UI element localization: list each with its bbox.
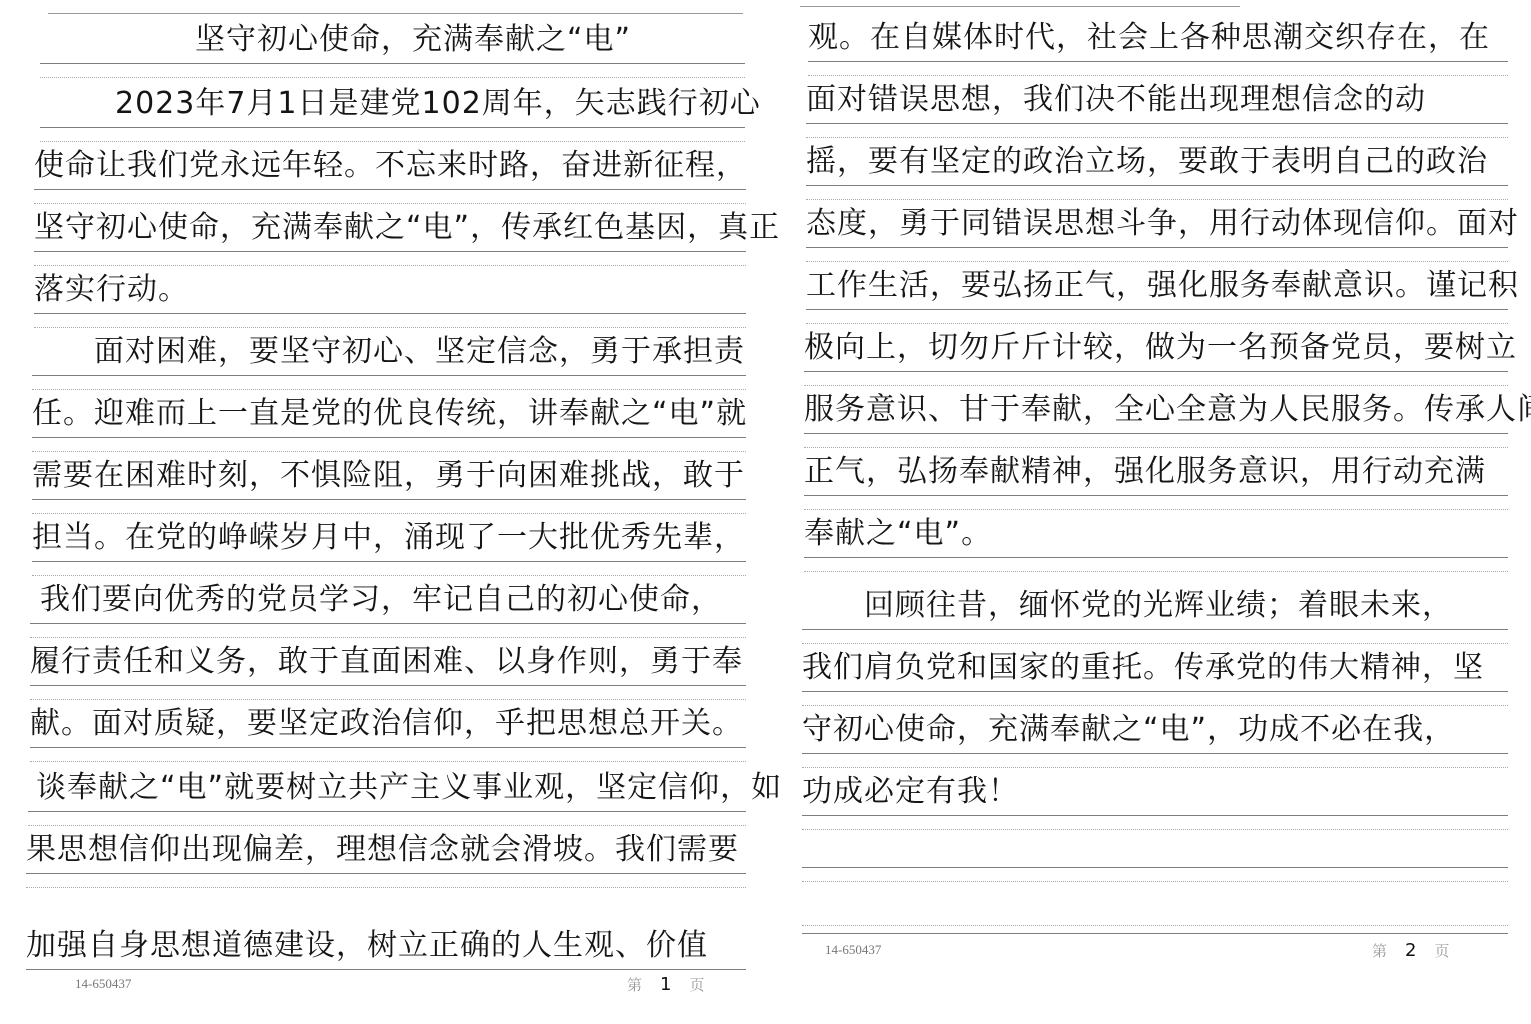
line-14: 加强自身思想道德建设，树立正确的人生观、价值 (26, 908, 746, 970)
line-text: 正气，弘扬奉献精神，强化服务意识，用行动充满 (804, 454, 1486, 490)
page-label-prefix: 第 (1372, 944, 1387, 960)
line-1: 观。在自媒体时代，社会上各种思潮交织存在，在 (808, 0, 1508, 62)
line-3: 摇，要有坚定的政治立场，要敢于表明自己的政治 (806, 124, 1508, 186)
line-3: 坚守初心使命，充满奉献之“电”，传承红色基因，真正 (34, 190, 746, 252)
line-7: 服务意识、甘于奉献，全心全意为人民服务。传承人间 (804, 372, 1508, 434)
baseline (40, 63, 745, 65)
line-text: 我们肩负党和国家的重托。传承党的伟大精神，坚 (802, 650, 1484, 686)
line-6: 极向上，切勿斤斤计较，做为一名预备党员，要树立 (804, 310, 1508, 372)
line-4: 态度，勇于同错误思想斗争，用行动体现信仰。面对 (806, 186, 1508, 248)
baseline (804, 557, 1508, 559)
line-1: 2023年7月1日是建党102周年，矢志践行初心 (40, 66, 745, 128)
line-text: 加强自身思想道德建设，树立正确的人生观、价值 (26, 928, 708, 964)
line-text: 2023年7月1日是建党102周年，矢志践行初心 (115, 86, 761, 122)
line-text: 奉献之“电”。 (804, 516, 992, 552)
page-label-prefix: 第 (627, 978, 642, 994)
line-text: 守初心使命，充满奉献之“电”，功成不必在我， (802, 712, 1455, 748)
line-10: 回顾往昔，缅怀党的光辉业绩；着眼未来， (802, 568, 1508, 630)
line-text: 回顾往昔，缅怀党的光辉业绩；着眼未来， (864, 588, 1453, 624)
dotted-guide (26, 887, 746, 888)
line-5: 面对困难，要坚守初心、坚定信念，勇于承担责 (32, 314, 746, 376)
line-text: 面对错误思想，我们决不能出现理想信念的动 (806, 82, 1426, 118)
page-label-suffix: 页 (689, 978, 704, 994)
line-7: 需要在困难时刻，不惧险阻，勇于向困难挑战，敢于 (32, 438, 746, 500)
page-label-suffix: 页 (1434, 944, 1449, 960)
line-text: 坚守初心使命，充满奉献之“电”，传承红色基因，真正 (34, 210, 780, 246)
line-14-empty (802, 806, 1508, 868)
line-text: 需要在困难时刻，不惧险阻，勇于向困难挑战，敢于 (32, 458, 745, 494)
line-text: 观。在自媒体时代，社会上各种思潮交织存在，在 (808, 20, 1490, 56)
line-text: 功成必定有我！ (802, 774, 1019, 810)
line-5: 工作生活，要弘扬正气，强化服务奉献意识。谨记积 (806, 248, 1508, 310)
line-11: 我们肩负党和国家的重托。传承党的伟大精神，坚 (802, 630, 1508, 692)
line-10: 履行责任和义务，敢于直面困难、以身作则，勇于奉 (30, 624, 746, 686)
line-15-empty (802, 872, 1508, 934)
line-11: 献。面对质疑，要坚定政治信仰，乎把思想总开关。 (30, 686, 746, 748)
line-text: 献。面对质疑，要坚定政治信仰，乎把思想总开关。 (30, 706, 743, 742)
page-1: 坚守初心使命，充满奉献之“电” 2023年7月1日是建党102周年，矢志践行初心… (0, 0, 760, 1024)
baseline (802, 933, 1508, 935)
essay-title: 坚守初心使命，充满奉献之“电” (195, 22, 631, 58)
line-6: 任。迎难而上一直是党的优良传统，讲奉献之“电”就 (32, 376, 746, 438)
line-text: 任。迎难而上一直是党的优良传统，讲奉献之“电”就 (32, 396, 747, 432)
line-8: 正气，弘扬奉献精神，强化服务意识，用行动充满 (804, 434, 1508, 496)
line-12: 谈奉献之“电”就要树立共产主义事业观，坚定信仰，如 (28, 750, 746, 812)
baseline (26, 873, 746, 875)
line-text: 面对困难，要坚守初心、坚定信念，勇于承担责 (94, 334, 745, 370)
line-text: 使命让我们党永远年轻。不忘来时路，奋进新征程， (34, 148, 747, 184)
essay-title-row: 坚守初心使命，充满奉献之“电” (40, 2, 745, 64)
line-text: 履行责任和义务，敢于直面困难、以身作则，勇于奉 (30, 644, 743, 680)
baseline (30, 747, 746, 749)
line-text: 工作生活，要弘扬正气，强化服务奉献意识。谨记积 (806, 268, 1519, 304)
line-12: 守初心使命，充满奉献之“电”，功成不必在我， (802, 692, 1508, 754)
baseline (802, 867, 1508, 869)
line-text: 落实行动。 (34, 272, 189, 308)
line-9: 我们要向优秀的党员学习，牢记自己的初心使命， (30, 562, 746, 624)
line-8: 担当。在党的峥嵘岁月中，涌现了一大批优秀先辈， (32, 500, 746, 562)
page-number-label: 第1页 (627, 974, 704, 995)
line-text: 谈奉献之“电”就要树立共产主义事业观，坚定信仰，如 (36, 770, 782, 806)
page-number-label: 第2页 (1372, 940, 1449, 961)
page-number: 1 (660, 974, 671, 995)
dotted-guide (802, 925, 1508, 926)
form-code: 14-650437 (825, 942, 881, 958)
line-2: 面对错误思想，我们决不能出现理想信念的动 (806, 62, 1508, 124)
line-text: 态度，勇于同错误思想斗争，用行动体现信仰。面对 (806, 206, 1519, 242)
line-text: 摇，要有坚定的政治立场，要敢于表明自己的政治 (806, 144, 1488, 180)
line-text: 果思想信仰出现偏差，理想信念就会滑坡。我们需要 (26, 832, 739, 868)
line-13: 果思想信仰出现偏差，理想信念就会滑坡。我们需要 (26, 812, 746, 874)
line-text: 担当。在党的峥嵘岁月中，涌现了一大批优秀先辈， (32, 520, 745, 556)
line-text: 我们要向优秀的党员学习，牢记自己的初心使命， (40, 582, 722, 618)
line-text: 极向上，切勿斤斤计较，做为一名预备党员，要树立 (804, 330, 1517, 366)
baseline (26, 969, 746, 971)
line-4: 落实行动。 (34, 252, 746, 314)
page-2: 观。在自媒体时代，社会上各种思潮交织存在，在 面对错误思想，我们决不能出现理想信… (770, 0, 1531, 1024)
line-2: 使命让我们党永远年轻。不忘来时路，奋进新征程， (34, 128, 746, 190)
line-9: 奉献之“电”。 (804, 496, 1508, 558)
page-number: 2 (1405, 940, 1416, 961)
line-text: 服务意识、甘于奉献，全心全意为人民服务。传承人间 (804, 392, 1531, 428)
form-code: 14-650437 (75, 976, 131, 992)
